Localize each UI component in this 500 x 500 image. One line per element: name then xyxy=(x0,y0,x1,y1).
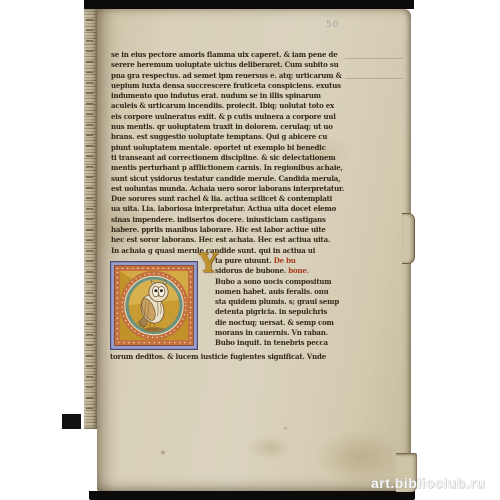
rubric-red: De bu xyxy=(274,256,296,265)
text-line: ta pure uiuunt. De bu xyxy=(215,256,351,266)
text-line: sidorus de bubone. bone. xyxy=(215,266,351,276)
text-line: piunt uoluptatem mentale. oportet ut exe… xyxy=(111,143,353,153)
text-line: habere. ppriis manibus laborare. Hic est… xyxy=(111,225,353,235)
text-line: nus mentis. qr uoluptatem traxit in dolo… xyxy=(111,122,353,132)
text-line: mentis perturbant p afflictionem carnis.… xyxy=(111,163,353,173)
text-line: sunt sicut ysidorus testatur candide mer… xyxy=(111,174,353,184)
text-line: nomen habet. auis feralis. onu xyxy=(215,287,351,297)
text-line: se in eius pectore amoris flamma uix cap… xyxy=(111,50,353,60)
text-line: brans. est suggestio uoluptate temptans.… xyxy=(111,132,353,142)
owl-eye-left xyxy=(154,289,157,292)
text-line: Bubo a sono uocis compositum xyxy=(215,277,351,287)
closing-text-line: torum deditos. & lucem iusticie fugiente… xyxy=(110,352,356,362)
text-line: uepium iuxta densa succrescere fruticeta… xyxy=(111,81,353,91)
book-board-corner xyxy=(62,414,81,429)
text-line: ua uita. Lia. laboriosa interpretatur. A… xyxy=(111,204,353,214)
text-line: morans in cauernis. Vn raban. xyxy=(215,328,351,338)
latin-text-column: se in eius pectore amoris flamma uix cap… xyxy=(111,50,353,256)
text-line: Due sorores sunt rachel & lia. actiua sc… xyxy=(111,194,353,204)
text-line: In achaia g quasi merule candide sunt. q… xyxy=(111,246,353,256)
letterbox-top xyxy=(84,0,414,9)
ruling-line xyxy=(345,78,403,79)
manuscript-photo: 50 se in eius pectore amoris flamma uix … xyxy=(0,0,500,500)
owl-chapter-column: ta pure uiuunt. De bu sidorus de bubone.… xyxy=(215,256,351,349)
owl-column-lines: Bubo a sono uocis compositumnomen habet.… xyxy=(215,277,351,349)
owl-eye-right xyxy=(160,289,163,292)
rubric-red: bone. xyxy=(288,266,309,275)
text-line: die noctuq; uersat. & semp com xyxy=(215,318,351,328)
text-line: est uoluntas munda. Achaia uero soror la… xyxy=(111,184,353,194)
text-line: aculeis & urticarum incendiis. proiecit.… xyxy=(111,101,353,111)
text-line: sta quidem plumis. s; graui semp xyxy=(215,297,351,307)
text-line: serere heremum uoluptate uictus delibera… xyxy=(111,60,353,70)
ruling-line xyxy=(345,58,403,59)
text-line: hec est soror laborans. Hec est achaia. … xyxy=(111,235,353,245)
watermark: art.biblioclub.ru xyxy=(371,475,485,491)
line-black: sidorus de bubone. xyxy=(215,266,288,275)
owl-miniature xyxy=(110,261,198,350)
text-line: indumento quo indutus erat. nudum se in … xyxy=(111,91,353,101)
folio-number: 50 xyxy=(326,20,339,30)
text-line: Bubo inquit. in tenebris pecca xyxy=(215,338,351,348)
line-black: ta pure uiuunt. xyxy=(215,256,274,265)
text-line: pna gra respectus. ad semet ipm reuersus… xyxy=(111,71,353,81)
text-line: eis corpore uulneratus exiit. & p cutis … xyxy=(111,112,353,122)
text-line: ti transeant ad correctionem discipline.… xyxy=(111,153,353,163)
fore-edge-tab xyxy=(402,213,415,264)
text-line: detenta pigricia. in sepulchris xyxy=(215,307,351,317)
letterbox-bottom xyxy=(89,491,415,500)
text-line: sinas impendere. indisertos docere. iniu… xyxy=(111,215,353,225)
